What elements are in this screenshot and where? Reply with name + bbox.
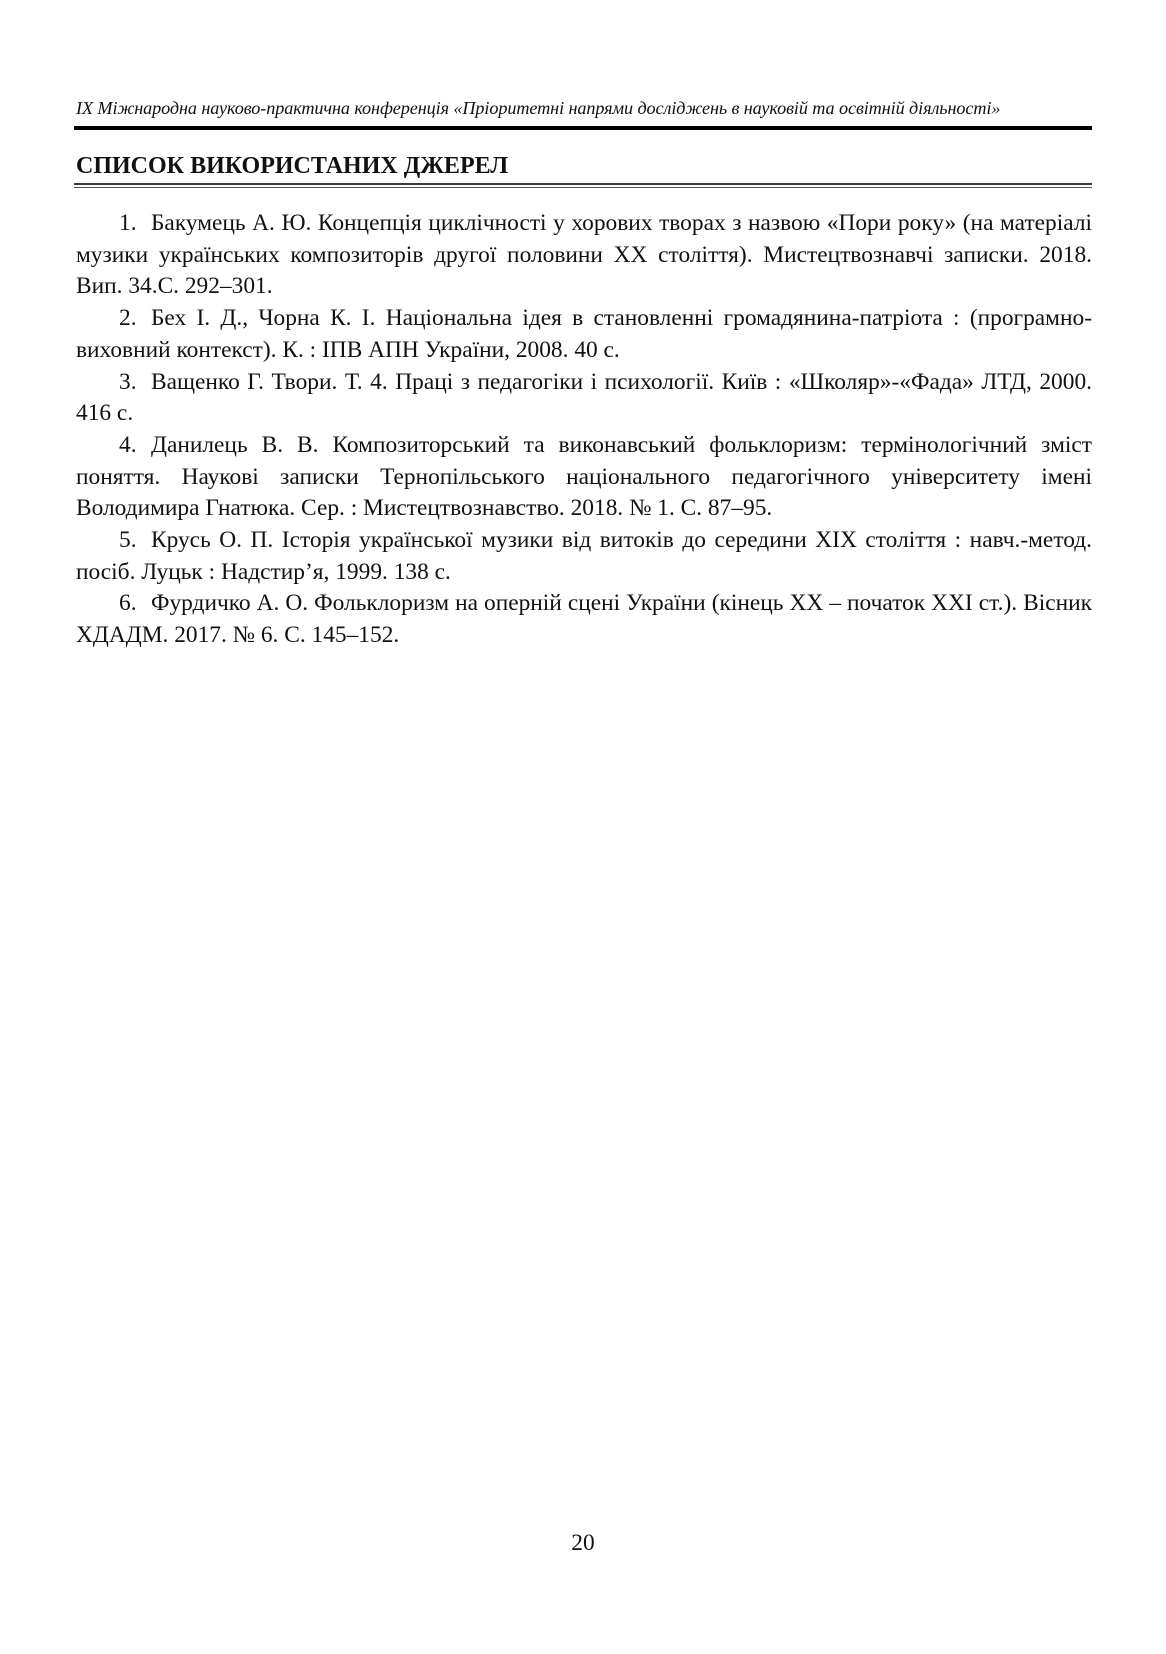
page-number: 20: [0, 1528, 1166, 1558]
title-divider-thick: [74, 183, 1092, 185]
reference-number: 6.: [119, 588, 151, 620]
reference-text: Фурдичко А. О. Фольклоризм на оперній сц…: [76, 590, 1092, 648]
reference-text: Крусь О. П. Історія української музики в…: [76, 527, 1092, 585]
reference-item: 5.Крусь О. П. Історія української музики…: [76, 525, 1092, 588]
reference-item: 6.Фурдичко А. О. Фольклоризм на оперній …: [76, 588, 1092, 651]
reference-number: 3.: [119, 367, 151, 399]
header-divider: [74, 126, 1092, 130]
section-title: СПИСОК ВИКОРИСТАНИХ ДЖЕРЕЛ: [76, 151, 508, 181]
reference-text: Бакумець А. Ю. Концепція циклічності у х…: [76, 210, 1092, 299]
reference-number: 1.: [119, 208, 151, 240]
reference-number: 4.: [119, 430, 151, 462]
title-divider-thin: [74, 187, 1092, 188]
reference-item: 1.Бакумець А. Ю. Концепція циклічності у…: [76, 208, 1092, 303]
running-header: IX Міжнародна науково-практична конферен…: [76, 96, 1092, 120]
reference-item: 4.Данилець В. В. Композиторський та вико…: [76, 430, 1092, 525]
reference-number: 5.: [119, 525, 151, 557]
reference-number: 2.: [119, 303, 151, 335]
reference-text: Ващенко Г. Твори. Т. 4. Праці з педагогі…: [76, 369, 1092, 427]
reference-item: 3.Ващенко Г. Твори. Т. 4. Праці з педаго…: [76, 367, 1092, 430]
reference-text: Данилець В. В. Композиторський та викона…: [76, 432, 1092, 521]
reference-list: 1.Бакумець А. Ю. Концепція циклічності у…: [76, 208, 1092, 652]
document-page: IX Міжнародна науково-практична конферен…: [0, 0, 1166, 1654]
reference-item: 2.Бех І. Д., Чорна К. І. Національна іде…: [76, 303, 1092, 366]
reference-text: Бех І. Д., Чорна К. І. Національна ідея …: [76, 305, 1092, 363]
